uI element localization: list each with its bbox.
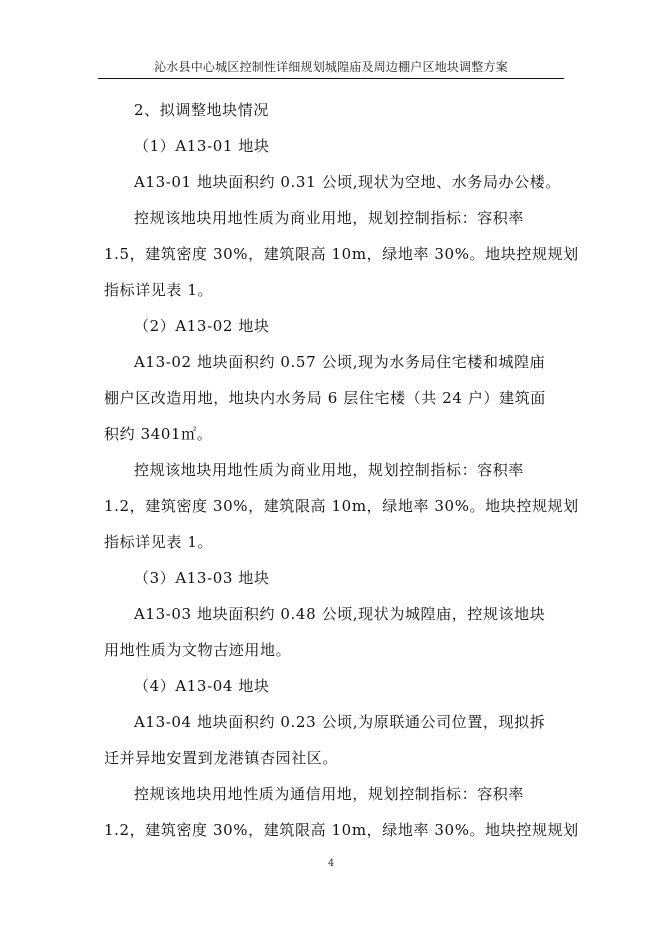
document-body: 2、拟调整地块情况 （1）A13-01 地块 A13-01 地块面积约 0.31…: [104, 92, 562, 848]
paragraph-line: A13-03 地块面积约 0.48 公顷,现状为城隍庙，控规该地块: [104, 596, 562, 632]
paragraph-line: A13-04 地块面积约 0.23 公顷,为原联通公司位置，现拟拆: [104, 704, 562, 740]
running-header: 沁水县中心城区控制性详细规划城隍庙及周边棚户区地块调整方案: [98, 58, 564, 75]
paragraph-line: 1.2，建筑密度 30%，建筑限高 10m，绿地率 30%。地块控规规划: [104, 488, 562, 524]
paragraph-line: 积约 3401㎡。: [104, 416, 562, 452]
subsection-heading-a13-01: （1）A13-01 地块: [104, 128, 562, 164]
subsection-heading-a13-03: （3）A13-03 地块: [104, 560, 562, 596]
page-number: 4: [0, 858, 662, 869]
paragraph-line: 1.2，建筑密度 30%，建筑限高 10m，绿地率 30%。地块控规规划: [104, 812, 562, 848]
paragraph-line: 迁并异地安置到龙港镇杏园社区。: [104, 740, 562, 776]
paragraph-line: 控规该地块用地性质为通信用地，规划控制指标：容积率: [104, 776, 562, 812]
paragraph-line: 控规该地块用地性质为商业用地，规划控制指标：容积率: [104, 452, 562, 488]
paragraph-line: 指标详见表 1。: [104, 524, 562, 560]
paragraph-line: A13-02 地块面积约 0.57 公顷,现为水务局住宅楼和城隍庙: [104, 344, 562, 380]
paragraph-line: 用地性质为文物古迹用地。: [104, 632, 562, 668]
subsection-heading-a13-02: （2）A13-02 地块: [104, 308, 562, 344]
paragraph-line: 指标详见表 1。: [104, 272, 562, 308]
paragraph-line: 1.5，建筑密度 30%，建筑限高 10m，绿地率 30%。地块控规规划: [104, 236, 562, 272]
subsection-heading-a13-04: （4）A13-04 地块: [104, 668, 562, 704]
paragraph-line: 控规该地块用地性质为商业用地，规划控制指标：容积率: [104, 200, 562, 236]
paragraph-line: 棚户区改造用地，地块内水务局 6 层住宅楼（共 24 户）建筑面: [104, 380, 562, 416]
section-heading: 2、拟调整地块情况: [104, 92, 562, 128]
paragraph-line: A13-01 地块面积约 0.31 公顷,现状为空地、水务局办公楼。: [104, 164, 562, 200]
header-divider: [98, 78, 564, 79]
